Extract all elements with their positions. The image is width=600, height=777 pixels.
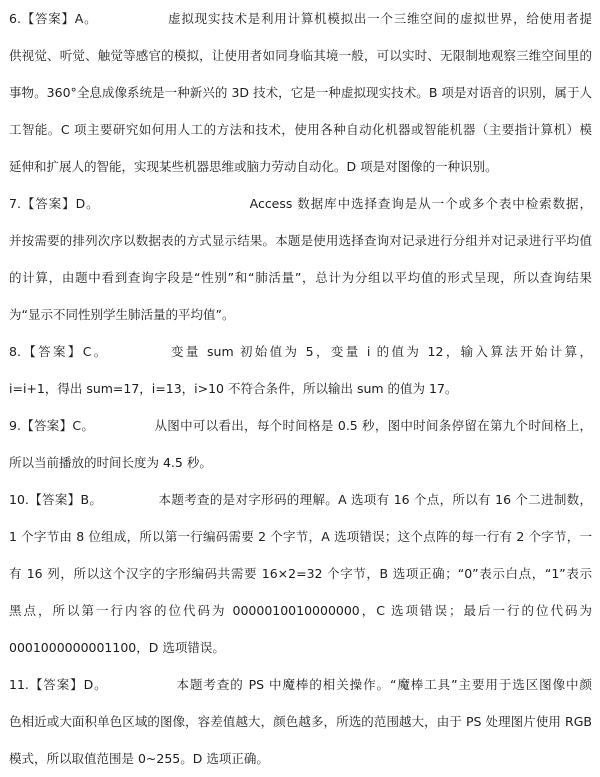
redaction-gap bbox=[109, 352, 169, 353]
explanation-line: 为“显示不同性别学生肺活量的平均值”。 bbox=[9, 296, 592, 333]
explanation-line: 所以当前播放的时间长度为 4.5 秒。 bbox=[9, 444, 592, 481]
explanation-line: 的计算，由题中看到查询字段是“性别”和“肺活量”，总计为分组以平均值的形式呈现，… bbox=[9, 259, 592, 296]
redaction-gap bbox=[100, 204, 250, 205]
answer-item: 10.【答案】B。本题考查的是对字形码的理解。A 选项有 16 个点，所以有 1… bbox=[9, 481, 592, 666]
answer-label: 11.【答案】D。 bbox=[9, 677, 108, 692]
item-first-line: 9.【答案】C。从图中可以看出，每个时间格是 0.5 秒，图中时间条停留在第九个… bbox=[9, 407, 592, 444]
explanation-line: 0001000000001100，D 选项错误。 bbox=[9, 629, 592, 666]
explanation-text: 虚拟现实技术是利用计算机模拟出一个三维空间的虚拟世界，给使用者提 bbox=[167, 11, 592, 26]
answer-item: 9.【答案】C。从图中可以看出，每个时间格是 0.5 秒，图中时间条停留在第九个… bbox=[9, 407, 592, 481]
answer-item: 6.【答案】A。虚拟现实技术是利用计算机模拟出一个三维空间的虚拟世界，给使用者提… bbox=[9, 0, 592, 185]
explanation-text: Access 数据库中选择查询是从一个或多个表中检索数据， bbox=[250, 196, 592, 211]
explanation-line: 供视觉、听觉、触觉等感官的模拟，让使用者如同身临其境一般，可以实时、无限制地观察… bbox=[9, 37, 592, 74]
item-first-line: 10.【答案】B。本题考查的是对字形码的理解。A 选项有 16 个点，所以有 1… bbox=[9, 481, 592, 518]
explanation-text: 本题考查的是对字形码的理解。A 选项有 16 个点，所以有 16 个二进制数， bbox=[158, 492, 592, 507]
explanation-line: 事物。360°全息成像系统是一种新兴的 3D 技术，它是一种虚拟现实技术。B 项… bbox=[9, 74, 592, 111]
item-first-line: 11.【答案】D。本题考查的 PS 中魔棒的相关操作。“魔棒工具”主要用于选区图… bbox=[9, 666, 592, 703]
redaction-gap bbox=[108, 685, 176, 686]
item-first-line: 7.【答案】D。Access 数据库中选择查询是从一个或多个表中检索数据， bbox=[9, 185, 592, 222]
explanation-text: 本题考查的 PS 中魔棒的相关操作。“魔棒工具”主要用于选区图像中颜 bbox=[176, 677, 592, 692]
explanation-line: 模式，所以取值范围是 0~255。D 选项正确。 bbox=[9, 740, 592, 777]
answer-label: 8.【答案】C。 bbox=[9, 344, 109, 359]
explanation-line: 1 个字节由 8 位组成，所以第一行编码需要 2 个字节，A 选项错误；这个点阵… bbox=[9, 518, 592, 555]
explanation-line: 并按需要的排列次序以数据表的方式显示结果。本题是使用选择查询对记录进行分组并对记… bbox=[9, 222, 592, 259]
answer-item: 7.【答案】D。Access 数据库中选择查询是从一个或多个表中检索数据，并按需… bbox=[9, 185, 592, 333]
answer-label: 9.【答案】C。 bbox=[9, 418, 94, 433]
explanation-line: 色相近或大面积单色区域的图像，容差值越大，颜色越多，所选的范围越大，由于 PS … bbox=[9, 703, 592, 740]
explanation-text: 从图中可以看出，每个时间格是 0.5 秒，图中时间条停留在第九个时间格上， bbox=[154, 418, 592, 433]
redaction-gap bbox=[97, 19, 167, 20]
explanation-line: 延伸和扩展人的智能，实现某些机器思维或脑力劳动自动化。D 项是对图像的一种识别。 bbox=[9, 148, 592, 185]
answer-item: 11.【答案】D。本题考查的 PS 中魔棒的相关操作。“魔棒工具”主要用于选区图… bbox=[9, 666, 592, 777]
explanation-line: 黑点，所以第一行内容的位代码为 0000010010000000，C 选项错误；… bbox=[9, 592, 592, 629]
explanation-line: i=i+1，得出 sum=17，i=13，i>10 不符合条件，所以输出 sum… bbox=[9, 370, 592, 407]
explanation-line: 有 16 列，所以这个汉字的字形编码共需要 16×2=32 个字节，B 选项正确… bbox=[9, 555, 592, 592]
item-first-line: 6.【答案】A。虚拟现实技术是利用计算机模拟出一个三维空间的虚拟世界，给使用者提 bbox=[9, 0, 592, 37]
item-first-line: 8.【答案】C。变量 sum 初始值为 5，变量 i 的值为 12，输入算法开始… bbox=[9, 333, 592, 370]
document-page: 6.【答案】A。虚拟现实技术是利用计算机模拟出一个三维空间的虚拟世界，给使用者提… bbox=[0, 0, 600, 777]
redaction-gap bbox=[102, 500, 158, 501]
answer-label: 10.【答案】B。 bbox=[9, 492, 102, 507]
answer-label: 6.【答案】A。 bbox=[9, 11, 97, 26]
explanation-line: 工智能。C 项主要研究如何用人工的方法和技术，使用各种自动化机器或智能机器（主要… bbox=[9, 111, 592, 148]
answer-item: 8.【答案】C。变量 sum 初始值为 5，变量 i 的值为 12，输入算法开始… bbox=[9, 333, 592, 407]
redaction-gap bbox=[94, 426, 154, 427]
answer-label: 7.【答案】D。 bbox=[9, 196, 100, 211]
